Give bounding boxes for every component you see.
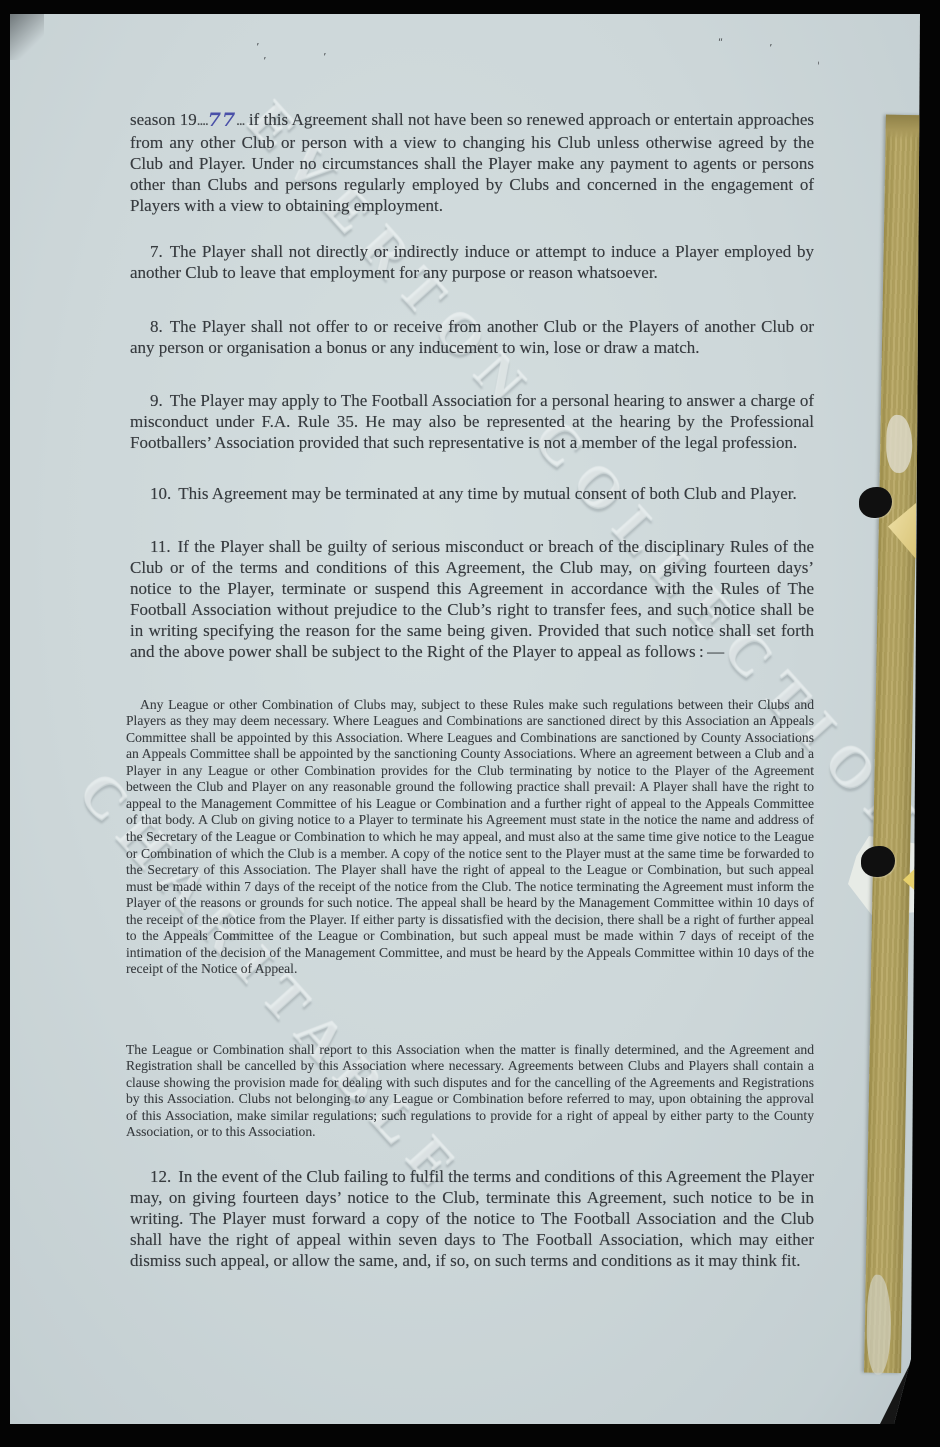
clause-7: 7.The Player shall not directly or indir… xyxy=(130,241,814,283)
clause-8: 8.The Player shall not offer to or recei… xyxy=(130,316,814,358)
pencil-speck: ʺ xyxy=(718,39,723,49)
clause-10: 10.This Agreement may be terminated at a… xyxy=(130,483,814,504)
pencil-speck: ’ xyxy=(769,44,773,54)
hole-punch-bottom xyxy=(861,846,895,877)
small-print-regulations: Any League or other Combination of Clubs… xyxy=(126,697,814,978)
small-print-report: The League or Combination shall report t… xyxy=(126,1042,814,1141)
tape-worn-patch xyxy=(886,415,913,473)
clause-9-text: The Player may apply to The Football Ass… xyxy=(130,391,814,452)
clause-8-number: 8. xyxy=(150,317,163,336)
clause-9: 9.The Player may apply to The Football A… xyxy=(130,390,814,453)
paper-sheet: EVERTON COLLECTION CHARITABLE season 19.… xyxy=(10,14,920,1424)
clause-8-text: The Player shall not offer to or receive… xyxy=(130,317,814,357)
pencil-speck: ˌ xyxy=(817,55,820,65)
clause-11-number: 11. xyxy=(150,537,171,556)
clause-11: 11.If the Player shall be guilty of seri… xyxy=(130,536,814,663)
clause-12-text: In the event of the Club failing to fulf… xyxy=(130,1167,814,1270)
hole-punch-top xyxy=(859,487,892,518)
season-prefix: season 19 xyxy=(130,110,197,129)
pencil-speck: ’ xyxy=(323,53,327,63)
pencil-speck: ’ xyxy=(256,43,260,53)
dotted-leader-before: .... xyxy=(197,113,208,129)
continuation-paragraph: season 19....77... if this Agreement sha… xyxy=(130,109,814,216)
clause-7-text: The Player shall not directly or indirec… xyxy=(130,242,814,282)
clause-10-number: 10. xyxy=(150,484,171,503)
pencil-speck: ’ xyxy=(263,57,267,67)
scanned-document-page: EVERTON COLLECTION CHARITABLE season 19.… xyxy=(0,0,940,1447)
clause-7-number: 7. xyxy=(150,242,163,261)
clause-12-number: 12. xyxy=(150,1167,171,1186)
dotted-leader-after: ... xyxy=(236,113,244,129)
clause-11-text: If the Player shall be guilty of serious… xyxy=(130,537,814,661)
handwritten-year: 77 xyxy=(208,109,236,131)
clause-9-number: 9. xyxy=(150,391,163,410)
tape-worn-patch xyxy=(866,1275,892,1375)
tape-strip xyxy=(864,115,923,1373)
clause-12: 12.In the event of the Club failing to f… xyxy=(130,1166,814,1271)
clause-10-text: This Agreement may be terminated at any … xyxy=(178,484,796,503)
scan-corner-shadow xyxy=(10,14,44,60)
